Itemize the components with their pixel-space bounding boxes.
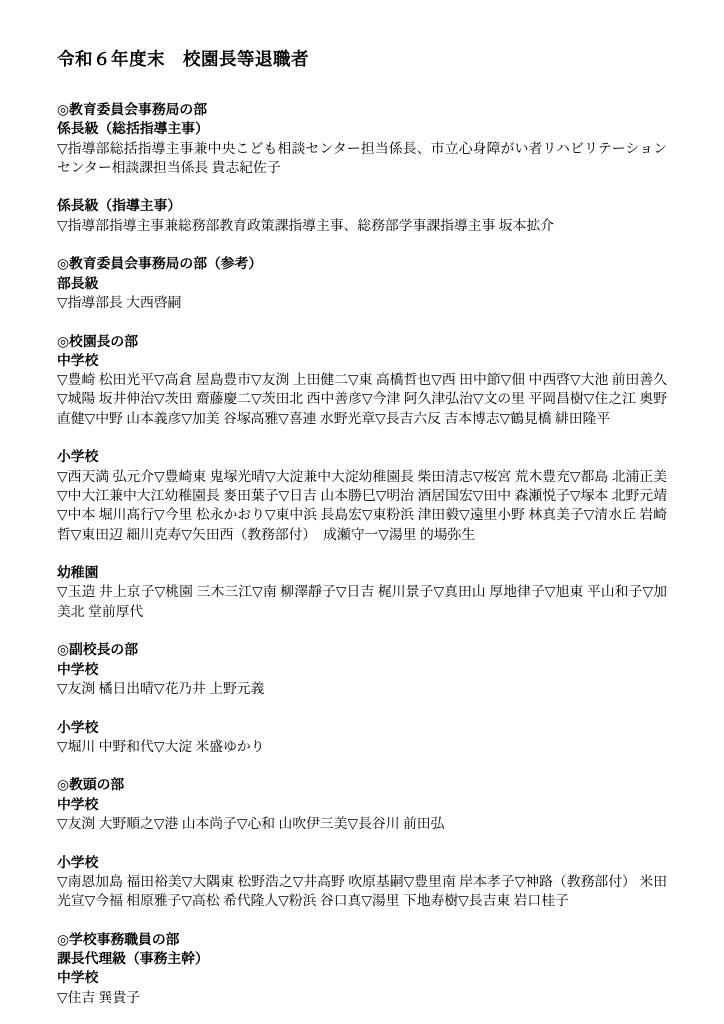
group: 係長級（総括指導主事） ▽指導部総括指導主事兼中央こども相談センター担当係長、市… (57, 119, 667, 177)
group-subheading: 中学校 (57, 968, 667, 987)
group-subheading: 係長級（指導主事） (57, 196, 667, 215)
group-subheading: 中学校 (57, 351, 667, 370)
section-koencho: ◎校園長の部 中学校 ▽豊崎 松田光平▽高倉 屋島豊市▽友渕 上田健二▽東 高橋… (57, 332, 667, 621)
page-title: 令和６年度末 校園長等退職者 (57, 46, 667, 71)
section-kyoto: ◎教頭の部 中学校 ▽友渕 大野順之▽港 山本尚子▽心和 山吹伊三美▽長谷川 前… (57, 775, 667, 910)
group-subheading: 部長級 (57, 274, 667, 293)
section-kyoiku-iinkai: ◎教育委員会事務局の部 係長級（総括指導主事） ▽指導部総括指導主事兼中央こども… (57, 100, 667, 235)
group: 係長級（指導主事） ▽指導部指導主事兼総務部教育政策課指導主事、総務部学事課指導… (57, 196, 667, 235)
group-subheading: 係長級（総括指導主事） (57, 119, 667, 138)
group: 課長代理級（事務主幹） 中学校 ▽住吉 巽貴子 (57, 949, 667, 1007)
group-text: ▽堀川 中野和代▽大淀 米盛ゆかり (57, 737, 667, 756)
section-heading: ◎副校長の部 (57, 640, 667, 659)
group-text: ▽友渕 橘日出晴▽花乃井 上野元義 (57, 679, 667, 698)
group-subheading: 小学校 (57, 718, 667, 737)
group: 部長級 ▽指導部長 大西啓嗣 (57, 274, 667, 313)
section-heading: ◎教育委員会事務局の部 (57, 100, 667, 119)
group-text: ▽南恩加島 福田裕美▽大隅東 松野浩之▽井高野 吹原基嗣▽豊里南 岸本孝子▽神路… (57, 872, 667, 911)
section-heading: ◎校園長の部 (57, 332, 667, 351)
group: 中学校 ▽豊崎 松田光平▽高倉 屋島豊市▽友渕 上田健二▽東 高橋哲也▽西 田中… (57, 351, 667, 428)
group-text: ▽住吉 巽貴子 (57, 988, 667, 1007)
section-heading: ◎学校事務職員の部 (57, 930, 667, 949)
group: 中学校 ▽友渕 橘日出晴▽花乃井 上野元義 (57, 660, 667, 699)
section-kyoiku-iinkai-sanko: ◎教育委員会事務局の部（参考） 部長級 ▽指導部長 大西啓嗣 (57, 254, 667, 312)
group: 中学校 ▽友渕 大野順之▽港 山本尚子▽心和 山吹伊三美▽長谷川 前田弘 (57, 795, 667, 834)
group: 小学校 ▽西天満 弘元介▽豊崎東 鬼塚光晴▽大淀兼中大淀幼稚園長 柴田清志▽桜宮… (57, 447, 667, 543)
group-text: ▽玉造 井上京子▽桃園 三木三江▽南 柳澤靜子▽日吉 梶川景子▽真田山 厚地律子… (57, 582, 667, 621)
group-subheading: 小学校 (57, 447, 667, 466)
group-text: ▽西天満 弘元介▽豊崎東 鬼塚光晴▽大淀兼中大淀幼稚園長 柴田清志▽桜宮 荒木豊… (57, 467, 667, 544)
group: 小学校 ▽南恩加島 福田裕美▽大隅東 松野浩之▽井高野 吹原基嗣▽豊里南 岸本孝… (57, 853, 667, 911)
document-page: 令和６年度末 校園長等退職者 ◎教育委員会事務局の部 係長級（総括指導主事） ▽… (0, 0, 724, 1024)
group-text: ▽友渕 大野順之▽港 山本尚子▽心和 山吹伊三美▽長谷川 前田弘 (57, 814, 667, 833)
section-fukukocho: ◎副校長の部 中学校 ▽友渕 橘日出晴▽花乃井 上野元義 小学校 ▽堀川 中野和… (57, 640, 667, 756)
group: 幼稚園 ▽玉造 井上京子▽桃園 三木三江▽南 柳澤靜子▽日吉 梶川景子▽真田山 … (57, 563, 667, 621)
group-text: ▽豊崎 松田光平▽高倉 屋島豊市▽友渕 上田健二▽東 高橋哲也▽西 田中節▽佃 … (57, 370, 667, 428)
group-subheading: 中学校 (57, 795, 667, 814)
group-subheading: 中学校 (57, 660, 667, 679)
group-text: ▽指導部総括指導主事兼中央こども相談センター担当係長、市立心身障がい者リハビリテ… (57, 139, 667, 178)
group-subheading: 課長代理級（事務主幹） (57, 949, 667, 968)
group-subheading: 小学校 (57, 853, 667, 872)
group-subheading: 幼稚園 (57, 563, 667, 582)
section-gakko-jimushokuin: ◎学校事務職員の部 課長代理級（事務主幹） 中学校 ▽住吉 巽貴子 (57, 930, 667, 1007)
section-heading: ◎教育委員会事務局の部（参考） (57, 254, 667, 273)
section-heading: ◎教頭の部 (57, 775, 667, 794)
group: 小学校 ▽堀川 中野和代▽大淀 米盛ゆかり (57, 718, 667, 757)
group-text: ▽指導部長 大西啓嗣 (57, 293, 667, 312)
group-text: ▽指導部指導主事兼総務部教育政策課指導主事、総務部学事課指導主事 坂本拡介 (57, 216, 667, 235)
